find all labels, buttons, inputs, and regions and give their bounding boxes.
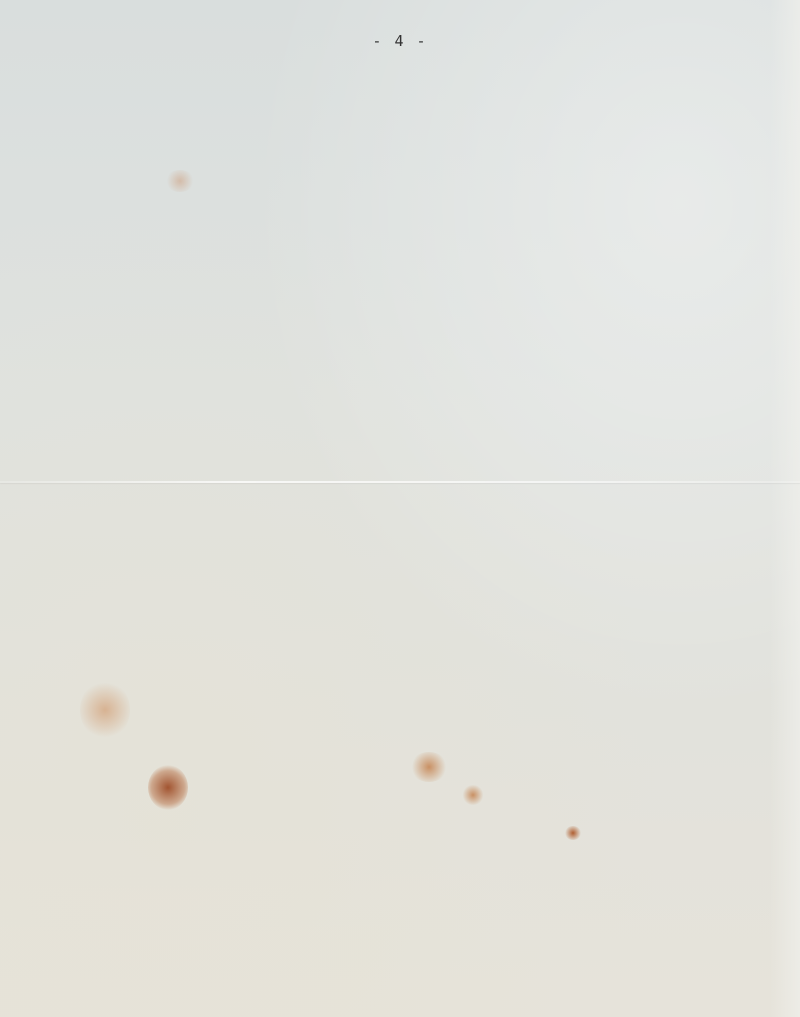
paper-background	[0, 0, 800, 1017]
paper-edge-highlight	[770, 0, 800, 1017]
paper-fold-crease	[0, 481, 800, 483]
page-number: - 4 -	[0, 32, 800, 50]
